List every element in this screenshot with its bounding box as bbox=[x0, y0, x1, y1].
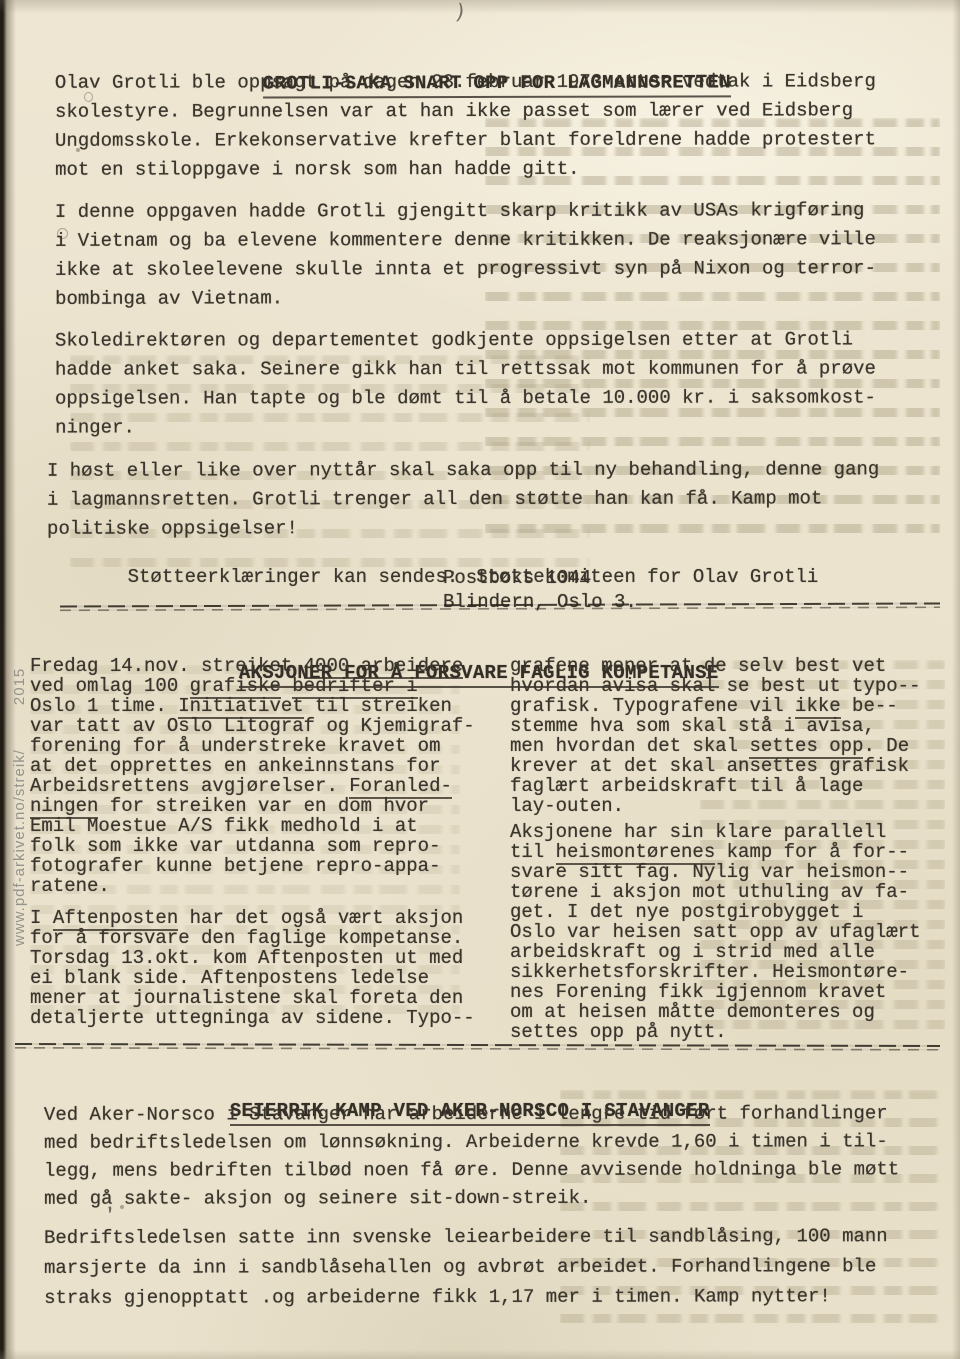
text-run: svare sitt fag. Nylig var heismon-- bbox=[510, 861, 909, 883]
support-address-line-1: Postboks 1044 bbox=[443, 566, 591, 591]
text-line: Skoledirektøren og departementet godkjen… bbox=[55, 325, 876, 355]
text-line: faglært arbeidskraft til å lage bbox=[510, 776, 920, 796]
text-run: Bedriftsledelsen satte inn svenske leiea… bbox=[44, 1225, 888, 1249]
text-line: Oslo 1 time. Initiativet til streiken bbox=[30, 696, 475, 716]
text-line: ninger. bbox=[55, 412, 876, 442]
text-line: skolestyre. Begrunnelsen var at han ikke… bbox=[55, 96, 876, 126]
text-run: grafisk. Typografene vil bbox=[510, 695, 795, 717]
article-grotli-paragraph-2: I denne oppgaven hadde Grotli gjengitt s… bbox=[55, 196, 876, 314]
text-line: svare sitt fag. Nylig var heismon-- bbox=[510, 862, 920, 882]
text-line: grafene mener at de selv best vet bbox=[510, 656, 920, 676]
text-line: grafisk. Typografene vil ikke be-- bbox=[510, 696, 920, 716]
text-run: til bbox=[510, 841, 556, 863]
text-run: forening for å understreke kravet om bbox=[30, 735, 440, 757]
text-line: i lagmannsretten. Grotli trenger all den… bbox=[47, 484, 879, 514]
text-line: forening for å understreke kravet om bbox=[30, 736, 475, 756]
divider-line bbox=[15, 1043, 940, 1051]
text-line: folk som ikke var utdanna som repro- bbox=[30, 836, 475, 856]
text-run: bombinga av Vietnam. bbox=[55, 287, 283, 309]
article-grotli-paragraph-4: I høst eller like over nyttår skal saka … bbox=[47, 455, 879, 543]
text-line: i Vietnam og ba elevene kommentere denne… bbox=[55, 225, 876, 256]
text-line: legg, mens bedriften tilbød noen få øre.… bbox=[44, 1155, 899, 1184]
text-line: straks gjenopptatt .og arbeiderne fikk 1… bbox=[44, 1281, 888, 1313]
text-run: at det opprettes en ankeinnstans for bbox=[30, 755, 440, 777]
text-run: for streiken var en dom hvor bbox=[98, 795, 429, 817]
text-line: ningen for streiken var en dom hvor bbox=[30, 796, 475, 816]
aksjoner-right-column-paragraph-1: grafene mener at de selv best vethvordan… bbox=[510, 656, 920, 816]
text-line: bombinga av Vietnam. bbox=[55, 283, 876, 314]
article-grotli-paragraph-3: Skoledirektøren og departementet godkjen… bbox=[55, 325, 876, 442]
text-line: Oslo var heisen satt opp av ufaglært bbox=[510, 922, 920, 942]
text-line: detaljerte uttegninga av sidene. Typo-- bbox=[30, 1008, 475, 1028]
watermark-url: www.pdf-arkivet.no/streik/ bbox=[11, 749, 28, 946]
text-run: . De bbox=[863, 735, 909, 757]
text-line: mener at journalistene skal foreta den bbox=[30, 988, 475, 1008]
text-line: I høst eller like over nyttår skal saka … bbox=[47, 455, 879, 485]
text-run: Torsdag 13.okt. kom Aftenposten ut med bbox=[30, 947, 463, 969]
text-run: hvordan avisa skal se best ut typo-- bbox=[510, 675, 920, 697]
text-line: Emil Moestue A/S fikk medhold i at bbox=[30, 816, 475, 836]
text-run: til streiken bbox=[304, 695, 452, 717]
text-run: tørene i aksjon mot uthuling av fa- bbox=[510, 881, 909, 903]
text-line: Arbeidsrettens avgjørelser. Foranled- bbox=[30, 776, 475, 796]
aksjoner-right-column-paragraph-2: Aksjonene har sin klare parallelltil hei… bbox=[510, 822, 920, 1042]
article-grotli-paragraph-1: Olav Grotli ble oppsagt på dagen 23.febr… bbox=[55, 67, 876, 184]
text-run: be-- bbox=[841, 695, 898, 717]
text-run: i lagmannsretten. Grotli trenger all den… bbox=[47, 487, 822, 510]
text-run: politiske oppsigelser! bbox=[47, 517, 298, 539]
text-run: sikkerhetsforskrifter. Heismontøre- bbox=[510, 961, 909, 983]
text-line: sikkerhetsforskrifter. Heismontøre- bbox=[510, 962, 920, 982]
article-seierrik-paragraph-1: Ved Aker-Norsco i Stavanger har arbeider… bbox=[44, 1099, 899, 1212]
text-run: lay-outen. bbox=[510, 795, 624, 817]
text-line: krever at det skal ansettes grafisk bbox=[510, 756, 920, 776]
text-run: I bbox=[30, 907, 53, 929]
text-run: folk som ikke var utdanna som repro- bbox=[30, 835, 440, 857]
support-address-line-2: Blindern, Oslo 3. bbox=[443, 590, 637, 615]
text-run: ninger. bbox=[55, 416, 135, 438]
text-run: stemme hva som skal stå i avisa, bbox=[510, 715, 875, 737]
text-line: Torsdag 13.okt. kom Aftenposten ut med bbox=[30, 948, 475, 968]
text-line: ikke at skoleelevene skulle innta et pro… bbox=[55, 254, 876, 285]
text-line: get. I det nye postgirobygget i bbox=[510, 902, 920, 922]
text-run: nes Forening fikk igjennom kravet bbox=[510, 981, 886, 1003]
archive-watermark: www.pdf-arkivet.no/streik/ 2015 bbox=[8, 516, 30, 946]
text-run: krever at det skal ansettes grafisk bbox=[510, 755, 909, 777]
text-run: i Vietnam og ba elevene kommentere denne… bbox=[55, 228, 876, 252]
text-run: med gå sakte- aksjon og seinere sit-down… bbox=[44, 1187, 591, 1210]
text-run: kamp for å for-- bbox=[715, 841, 909, 863]
text-line: oppsigelsen. Han tapte og ble dømt til å… bbox=[55, 383, 876, 413]
text-line: med bedriftsledelsen om lønnsøkning. Arb… bbox=[44, 1127, 899, 1156]
text-line: settes opp på nytt. bbox=[510, 1022, 920, 1042]
text-line: Bedriftsledelsen satte inn svenske leiea… bbox=[44, 1221, 888, 1253]
text-run: ikke at skoleelevene skulle innta et pro… bbox=[55, 257, 876, 281]
text-line: Ved Aker-Norsco i Stavanger har arbeider… bbox=[44, 1099, 899, 1128]
watermark-year: 2015 bbox=[11, 668, 28, 705]
scan-edge-top bbox=[0, 0, 960, 14]
text-run: for å forsvare den faglige kompetanse. bbox=[30, 927, 463, 949]
text-run: Skoledirektøren og departementet godkjen… bbox=[55, 328, 853, 351]
text-run: settes opp på nytt. bbox=[510, 1021, 727, 1043]
aksjoner-left-column-paragraph-1: Fredag 14.nov. streiket 4000 arbeidereve… bbox=[30, 656, 475, 896]
text-run: get. I det nye postgirobygget i bbox=[510, 901, 863, 923]
text-run: men hvordan det skal bbox=[510, 735, 749, 757]
text-run: marsjerte da inn i sandblåsehallen og av… bbox=[44, 1255, 876, 1279]
text-line: Aksjonene har sin klare parallell bbox=[510, 822, 920, 842]
text-line: men hvordan det skal settes opp. De bbox=[510, 736, 920, 756]
text-line: Fredag 14.nov. streiket 4000 arbeidere bbox=[30, 656, 475, 676]
text-line: ratene. bbox=[30, 876, 475, 896]
text-run bbox=[281, 675, 292, 697]
text-line: for å forsvare den faglige kompetanse. bbox=[30, 928, 475, 948]
text-run: legg, mens bedriften tilbød noen få øre.… bbox=[44, 1158, 899, 1181]
text-run: mener at journalistene skal foreta den bbox=[30, 987, 463, 1009]
text-line: tørene i aksjon mot uthuling av fa- bbox=[510, 882, 920, 902]
text-run: hadde anket saka. Seinere gikk han til r… bbox=[55, 357, 876, 380]
text-run: var tatt av Oslo Litograf og Kjemigraf- bbox=[30, 715, 475, 737]
text-line: arbeidskraft og i strid med alle bbox=[510, 942, 920, 962]
text-line: stemme hva som skal stå i avisa, bbox=[510, 716, 920, 736]
text-line: var tatt av Oslo Litograf og Kjemigraf- bbox=[30, 716, 475, 736]
text-line: I denne oppgaven hadde Grotli gjengitt s… bbox=[55, 196, 876, 227]
text-line: marsjerte da inn i sandblåsehallen og av… bbox=[44, 1251, 888, 1283]
text-run: arbeidskraft og i strid med alle bbox=[510, 941, 875, 963]
text-run: om at heisen måtte demonteres og bbox=[510, 1001, 875, 1023]
text-run: fotografer kunne betjene repro-appa- bbox=[30, 855, 440, 877]
text-line: mot en stiloppgave i norsk som han hadde… bbox=[55, 154, 876, 184]
text-run: Olav Grotli ble oppsagt på dagen 23.febr… bbox=[55, 70, 876, 93]
text-line: Ungdomsskole. Erkekonservative krefter b… bbox=[55, 125, 876, 155]
article-seierrik-paragraph-2: Bedriftsledelsen satte inn svenske leiea… bbox=[44, 1221, 888, 1313]
support-intro: Støtteerklæringer kan sendes: bbox=[128, 566, 459, 588]
text-run: mot en stiloppgave i norsk som han hadde… bbox=[55, 158, 580, 181]
text-line: fotografer kunne betjene repro-appa- bbox=[30, 856, 475, 876]
text-line: hvordan avisa skal se best ut typo-- bbox=[510, 676, 920, 696]
text-run: straks gjenopptatt .og arbeiderne fikk 1… bbox=[44, 1285, 831, 1309]
scanned-document-page: www.pdf-arkivet.no/streik/ 2015 ) , GROT… bbox=[0, 0, 960, 1359]
text-run: Oslo 1 time. bbox=[30, 695, 178, 717]
text-line: I Aftenposten har det også vært aksjon bbox=[30, 908, 475, 928]
text-line: hadde anket saka. Seinere gikk han til r… bbox=[55, 354, 876, 384]
scan-edge-bottom bbox=[0, 1349, 960, 1359]
aksjoner-left-column-paragraph-2: I Aftenposten har det også vært aksjonfo… bbox=[30, 908, 475, 1028]
text-line: at det opprettes en ankeinnstans for bbox=[30, 756, 475, 776]
text-run: med bedriftsledelsen om lønnsøkning. Arb… bbox=[44, 1130, 888, 1153]
text-run: I denne oppgaven hadde Grotli gjengitt s… bbox=[55, 199, 865, 223]
text-run: faglært arbeidskraft til å lage bbox=[510, 775, 863, 797]
text-run: ved omlag 100 bbox=[30, 675, 190, 697]
text-run: ei blank side. Aftenpostens ledelse bbox=[30, 967, 429, 989]
text-run: skolestyre. Begrunnelsen var at han ikke… bbox=[55, 99, 853, 122]
text-run: I høst eller like over nyttår skal saka … bbox=[47, 458, 879, 481]
text-line: nes Forening fikk igjennom kravet bbox=[510, 982, 920, 1002]
text-run: detaljerte uttegninga av sidene. Typo-- bbox=[30, 1007, 475, 1029]
text-run: grafene mener at de selv best vet bbox=[510, 655, 886, 677]
text-run: oppsigelsen. Han tapte og ble dømt til å… bbox=[55, 386, 876, 409]
text-line: om at heisen måtte demonteres og bbox=[510, 1002, 920, 1022]
text-run: Arbeidsrettens avgjørelser. bbox=[30, 775, 349, 797]
text-line: lay-outen. bbox=[510, 796, 920, 816]
text-line: Olav Grotli ble oppsagt på dagen 23.febr… bbox=[55, 67, 876, 97]
text-run: Ungdomsskole. Erkekonservative krefter b… bbox=[55, 128, 876, 151]
text-run: ratene. bbox=[30, 875, 110, 897]
text-run: Ved Aker-Norsco i Stavanger har arbeider… bbox=[44, 1102, 888, 1125]
scan-edge-right bbox=[952, 0, 960, 1359]
text-run: Oslo var heisen satt opp av ufaglært bbox=[510, 921, 920, 943]
text-run: Aksjonene har sin klare parallell bbox=[510, 821, 886, 843]
text-line: til heismontørenes kamp for å for-- bbox=[510, 842, 920, 862]
text-line: med gå sakte- aksjon og seinere sit-down… bbox=[44, 1183, 899, 1212]
text-line: ei blank side. Aftenpostens ledelse bbox=[30, 968, 475, 988]
text-run: Emil Moestue A/S fikk medhold i at bbox=[30, 815, 418, 837]
text-run: Fredag 14.nov. streiket bbox=[30, 655, 304, 677]
text-line: ved omlag 100 grafiske bedrifter i bbox=[30, 676, 475, 696]
text-run: har det også vært aksjon bbox=[178, 907, 463, 929]
